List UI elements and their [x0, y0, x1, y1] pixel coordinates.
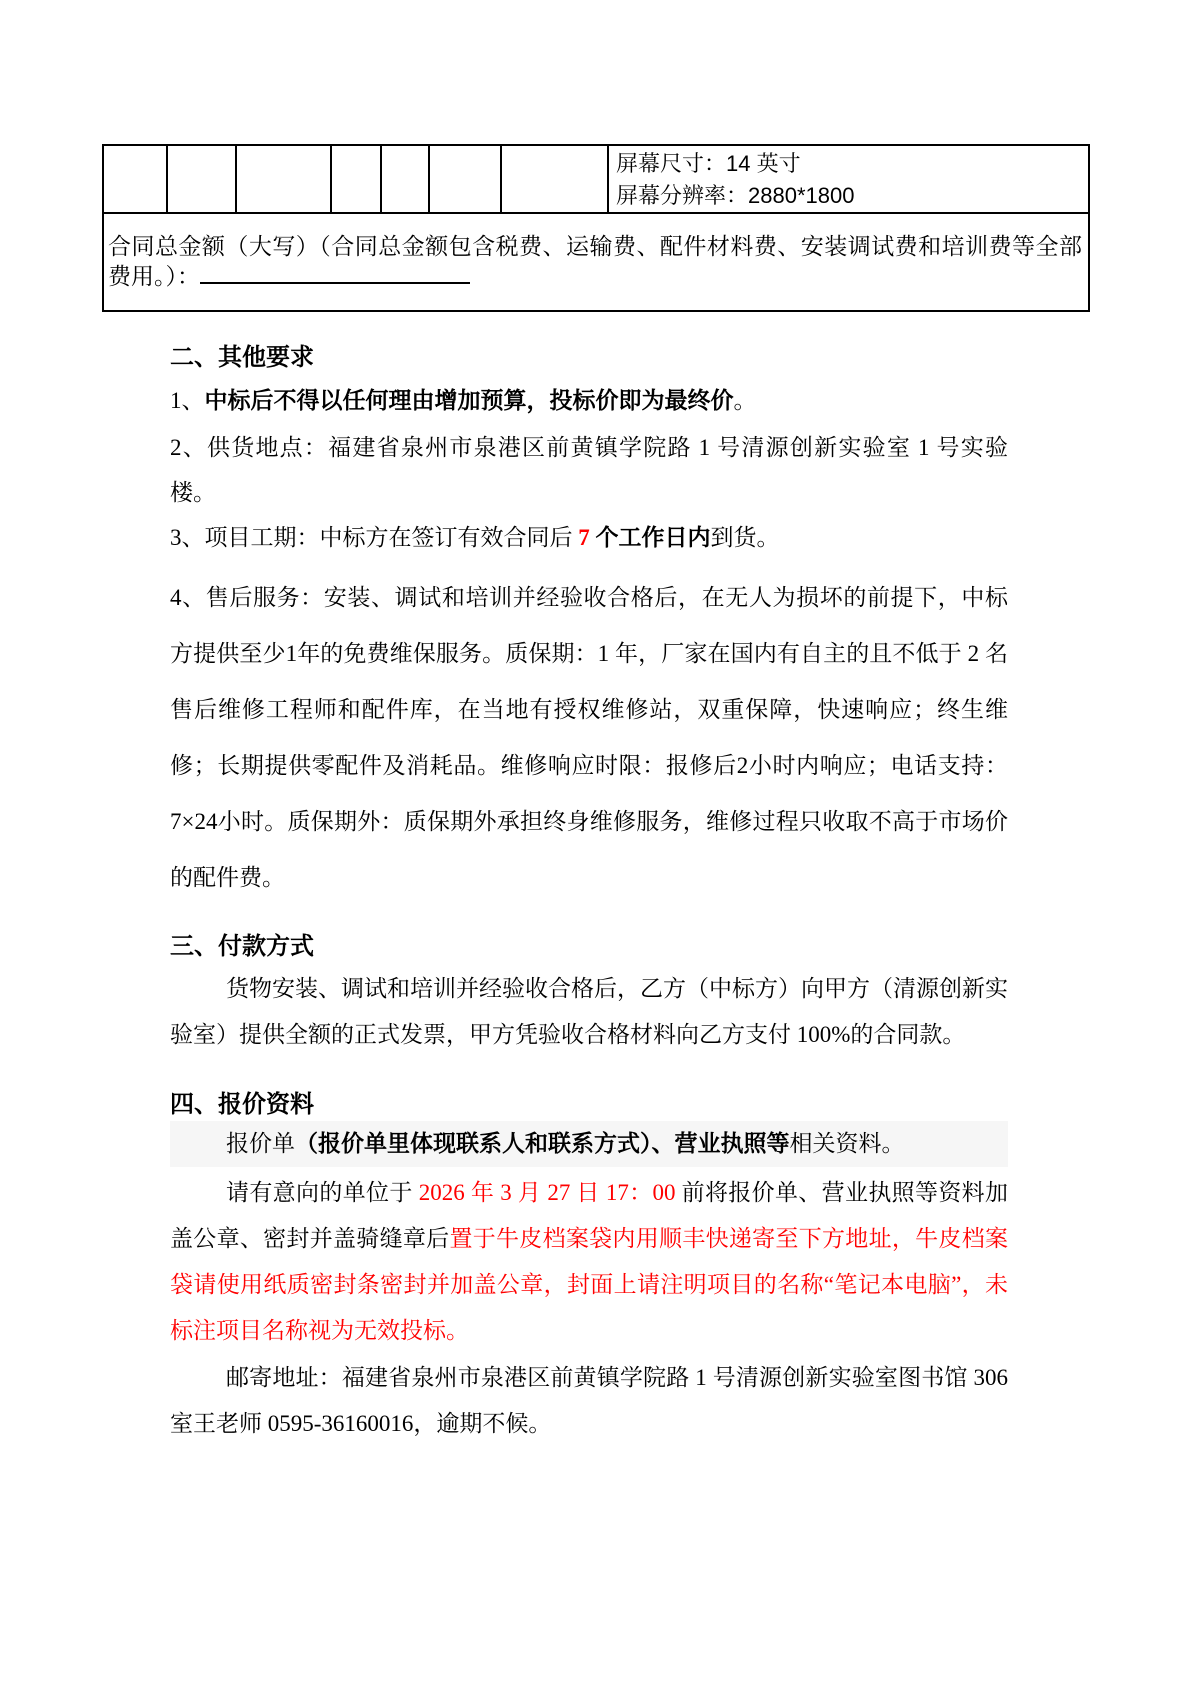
text-run: 货物安装、调试和培训并经验收合格后，乙方（中标方）向甲方（清源创新实验室）提供全… — [170, 976, 1008, 1047]
text-run: 2、供货地点：福建省泉州市泉港区前黄镇学院路 1 号清源创新实验室 1 号实验楼… — [170, 435, 1008, 505]
quotation-heading: 四、报价资料 — [170, 1089, 1008, 1121]
payment-heading: 三、付款方式 — [170, 931, 1008, 963]
text-run: 邮寄地址：福建省泉州市泉港区前黄镇学院路 1 号清源创新实验室图书馆 306 室… — [170, 1365, 1008, 1436]
empty-cell — [236, 145, 331, 213]
fill-in-blank — [200, 264, 470, 284]
total-amount-row: 合同总金额（大写）（合同总金额包含税费、运输费、配件材料费、安装调试费和培训费等… — [103, 213, 1089, 311]
empty-cell — [501, 145, 608, 213]
item-1: 1、中标后不得以任何理由增加预算，投标价即为最终价。 — [170, 378, 1008, 423]
red-text-run: 2026 年 3 月 27 日 17：00 — [419, 1180, 676, 1205]
quotation-materials-line: 报价单（报价单里体现联系人和联系方式）、营业执照等相关资料。 — [170, 1121, 1008, 1167]
bold-text-run: 中标后不得以任何理由增加预算，投标价即为最终价 — [205, 388, 734, 413]
bold-text-run: 二、其他要求 — [170, 345, 314, 371]
text-run: 报价单 — [226, 1131, 295, 1156]
spec-table-row: 屏幕尺寸：14 英寸 屏幕分辨率：2880*1800 — [103, 145, 1089, 213]
empty-cell — [429, 145, 501, 213]
text-run: 1、 — [170, 388, 205, 413]
empty-cell — [331, 145, 381, 213]
empty-cell — [103, 145, 167, 213]
text-run: 相关资料。 — [790, 1131, 905, 1156]
item-2: 2、供货地点：福建省泉州市泉港区前黄镇学院路 1 号清源创新实验室 1 号实验楼… — [170, 425, 1008, 515]
text-run: 到货。 — [711, 525, 780, 550]
screen-spec-cell: 屏幕尺寸：14 英寸 屏幕分辨率：2880*1800 — [608, 145, 1089, 213]
text-run: 3、项目工期：中标方在签订有效合同后 — [170, 525, 578, 550]
item-4: 4、售后服务：安装、调试和培训并经验收合格后，在无人为损坏的前提下，中标方提供至… — [170, 570, 1008, 906]
payment-paragraph: 货物安装、调试和培训并经验收合格后，乙方（中标方）向甲方（清源创新实验室）提供全… — [170, 966, 1008, 1058]
screen-resolution-text: 屏幕分辨率：2880*1800 — [616, 180, 1084, 212]
empty-cell — [167, 145, 236, 213]
screen-size-text: 屏幕尺寸：14 英寸 — [616, 148, 1084, 180]
bold-text-run: 三、付款方式 — [170, 934, 314, 960]
document-body: 二、其他要求1、中标后不得以任何理由增加预算，投标价即为最终价。2、供货地点：福… — [170, 342, 1008, 1447]
total-amount-cell: 合同总金额（大写）（合同总金额包含税费、运输费、配件材料费、安装调试费和培训费等… — [103, 213, 1089, 311]
text-run: 请有意向的单位于 — [226, 1180, 419, 1205]
red-text-run: 7 — [578, 525, 590, 550]
bold-text-run: （报价单里体现联系人和联系方式）、营业执照等 — [295, 1131, 790, 1156]
submission-deadline-paragraph: 请有意向的单位于 2026 年 3 月 27 日 17：00 前将报价单、营业执… — [170, 1170, 1008, 1354]
spec-table: 屏幕尺寸：14 英寸 屏幕分辨率：2880*1800 合同总金额（大写）（合同总… — [102, 144, 1090, 312]
item-3: 3、项目工期：中标方在签订有效合同后 7 个工作日内到货。 — [170, 515, 1008, 560]
bold-text-run: 个工作日内 — [590, 525, 711, 550]
text-run: 4、售后服务：安装、调试和培训并经验收合格后，在无人为损坏的前提下，中标方提供至… — [170, 585, 1008, 890]
empty-cell — [381, 145, 429, 213]
mailing-address-paragraph: 邮寄地址：福建省泉州市泉港区前黄镇学院路 1 号清源创新实验室图书馆 306 室… — [170, 1355, 1008, 1447]
text-run: 。 — [734, 388, 757, 413]
other-requirements-heading: 二、其他要求 — [170, 342, 1008, 374]
document-page: 屏幕尺寸：14 英寸 屏幕分辨率：2880*1800 合同总金额（大写）（合同总… — [0, 0, 1191, 1684]
bold-text-run: 四、报价资料 — [170, 1092, 314, 1118]
